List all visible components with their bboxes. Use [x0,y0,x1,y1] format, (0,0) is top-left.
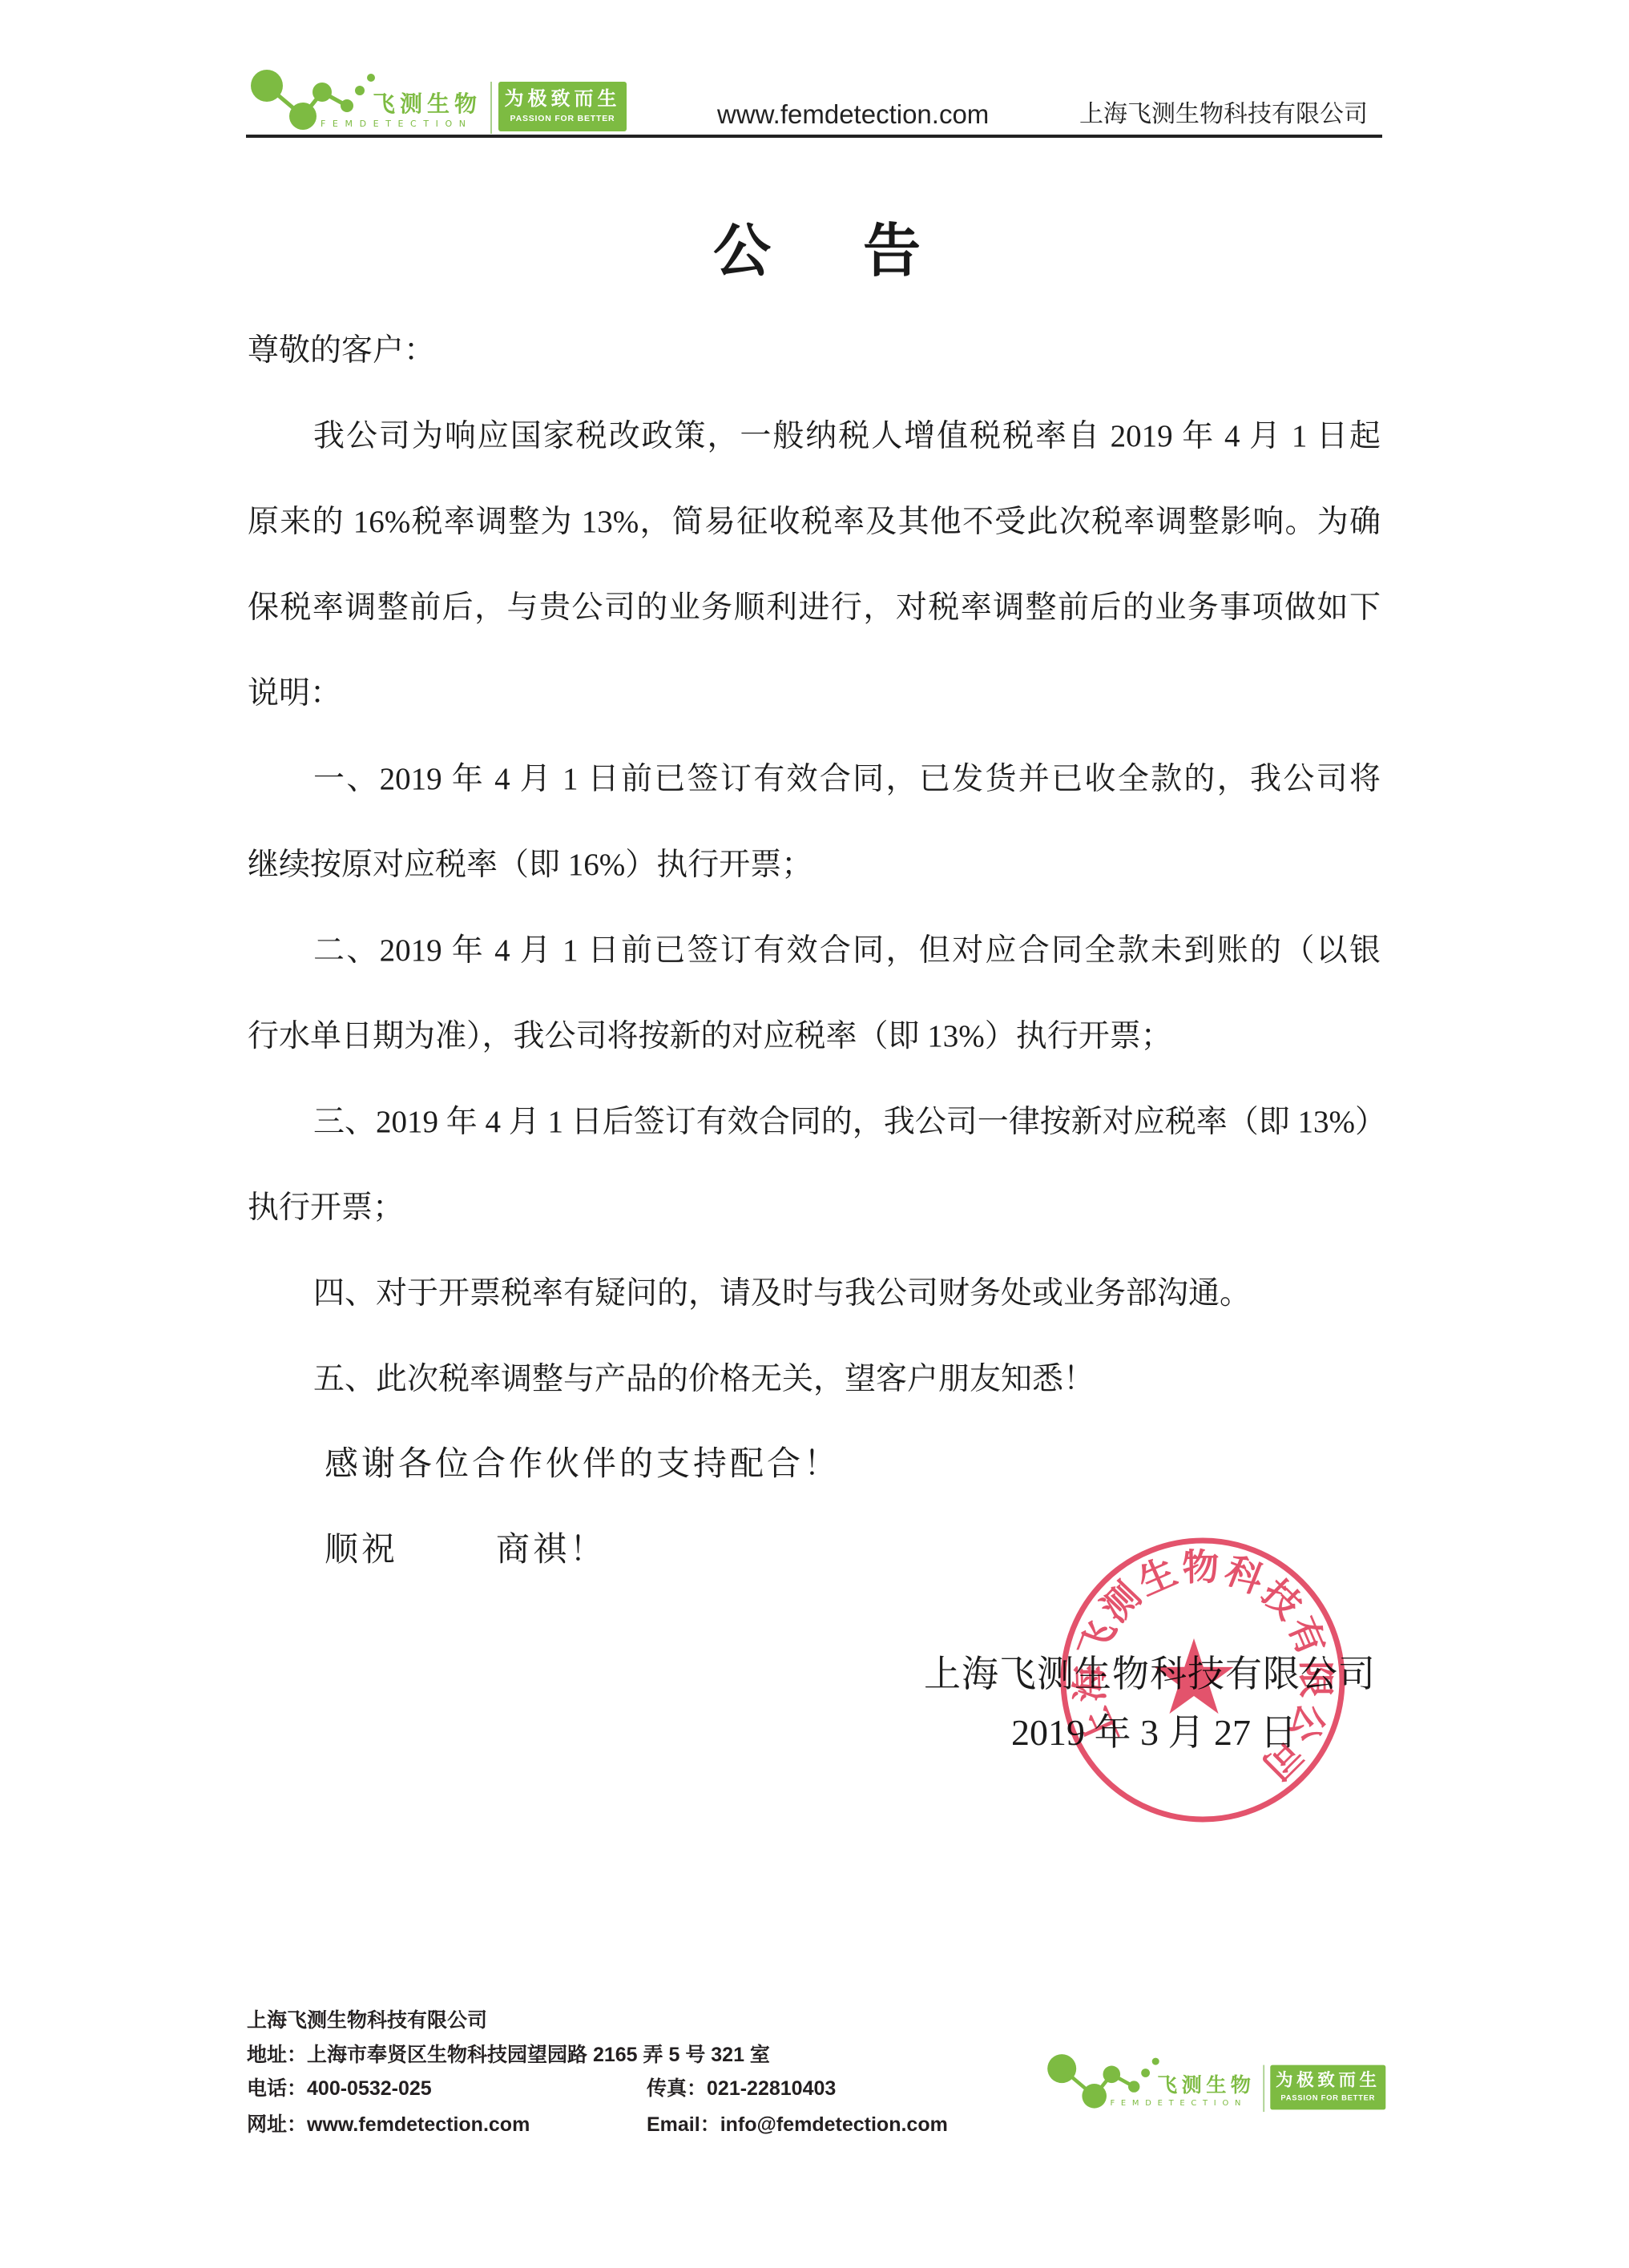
footer-fax-value: 021-22810403 [707,2077,836,2100]
logo-cn-name: 飞测生物 [1157,2073,1255,2098]
logo-slogan-en: PASSION FOR BETTER [1270,2093,1385,2104]
footer-fax-label: 传真： [647,2077,707,2100]
page-title: 公告 [713,223,1013,280]
item-3-line: 三、2019 年 4 月 1 日后签订有效合同的，我公司一律按新对应税率（即 1… [248,1079,1381,1165]
logo-slogan-cn: 为极致而生 [498,87,627,110]
footer-email-value: info@femdetection.com [720,2113,948,2136]
footer-email-label: Email： [647,2113,720,2136]
logo-divider [490,82,492,134]
intro-line: 原来的 16%税率调整为 13%，简易征收税率及其他不受此次税率调整影响。为确 [248,479,1381,565]
logo-cn-name: 飞测生物 [373,90,482,119]
header-company-name: 上海飞测生物科技有限公司 [1079,99,1368,131]
header-divider-rule [246,135,1382,138]
item-1-line: 一、2019 年 4 月 1 日前已签订有效合同，已发货并已收全款的，我公司将 [248,736,1381,822]
logo-en-name: FEMDETECTION [1111,2098,1248,2109]
item-3-line: 执行开票； [248,1165,1381,1251]
logo-slogan-badge: 为极致而生 PASSION FOR BETTER [498,82,627,131]
footer-phone-value: 400-0532-025 [307,2077,432,2100]
item-4-line: 四、对于开票税率有疑问的，请及时与我公司财务处或业务部沟通。 [248,1251,1381,1336]
footer-fax: 传真：021-22810403 [647,2077,836,2101]
logo-slogan-cn: 为极致而生 [1270,2070,1385,2090]
header-website: www.femdetection.com [717,99,989,131]
logo-en-name: FEMDETECTION [321,119,473,130]
item-1-line: 继续按原对应税率（即 16%）执行开票； [248,822,1381,908]
logo-slogan-en: PASSION FOR BETTER [498,113,627,124]
header-logo: 飞测生物 FEMDETECTION 为极致而生 PASSION FOR BETT… [244,62,629,136]
logo-divider [1263,2065,1264,2113]
star-icon [1155,1638,1234,1714]
footer-email: Email：info@femdetection.com [647,2113,948,2137]
salutation: 尊敬的客户： [248,308,1381,393]
thanks-line: 感谢各位合作伙伴的支持配合！ [248,1422,1381,1508]
footer-company: 上海飞测生物科技有限公司 [247,2008,487,2032]
footer-address-label: 地址： [247,2044,307,2066]
footer-website: 网址：www.femdetection.com [247,2113,530,2137]
intro-line: 说明： [248,651,1381,736]
footer-phone: 电话：400-0532-025 [247,2077,432,2101]
intro-line: 保税率调整前后，与贵公司的业务顺利进行，对税率调整前后的业务事项做如下 [248,565,1381,651]
footer-website-label: 网址： [247,2113,307,2136]
footer-logo: 飞测生物 FEMDETECTION 为极致而生 PASSION FOR BETT… [1042,2048,1388,2114]
footer-website-value: www.femdetection.com [307,2113,530,2136]
footer-address: 地址：上海市奉贤区生物科技园望园路 2165 弄 5 号 321 室 [247,2043,770,2067]
item-5-line: 五、此次税率调整与产品的价格无关，望客户朋友知悉！ [248,1336,1381,1422]
intro-line: 我公司为响应国家税改政策，一般纳税人增值税税率自 2019 年 4 月 1 日起 [248,393,1381,479]
footer-address-value: 上海市奉贤区生物科技园望园路 2165 弄 5 号 321 室 [307,2044,770,2066]
company-seal-stamp: 上海飞测生物科技有限公司 [1042,1522,1362,1843]
closing-left: 顺祝 [325,1508,496,1593]
item-2-line: 行水单日期为准），我公司将按新的对应税率（即 13%）执行开票； [248,993,1381,1079]
footer-phone-label: 电话： [247,2077,307,2100]
closing-right: 商祺！ [496,1532,607,1569]
item-2-line: 二、2019 年 4 月 1 日前已签订有效合同，但对应合同全款未到账的（以银 [248,908,1381,993]
notice-body: 尊敬的客户： 我公司为响应国家税改政策，一般纳税人增值税税率自 2019 年 4… [248,308,1381,1593]
logo-slogan-badge: 为极致而生 PASSION FOR BETTER [1270,2065,1385,2110]
